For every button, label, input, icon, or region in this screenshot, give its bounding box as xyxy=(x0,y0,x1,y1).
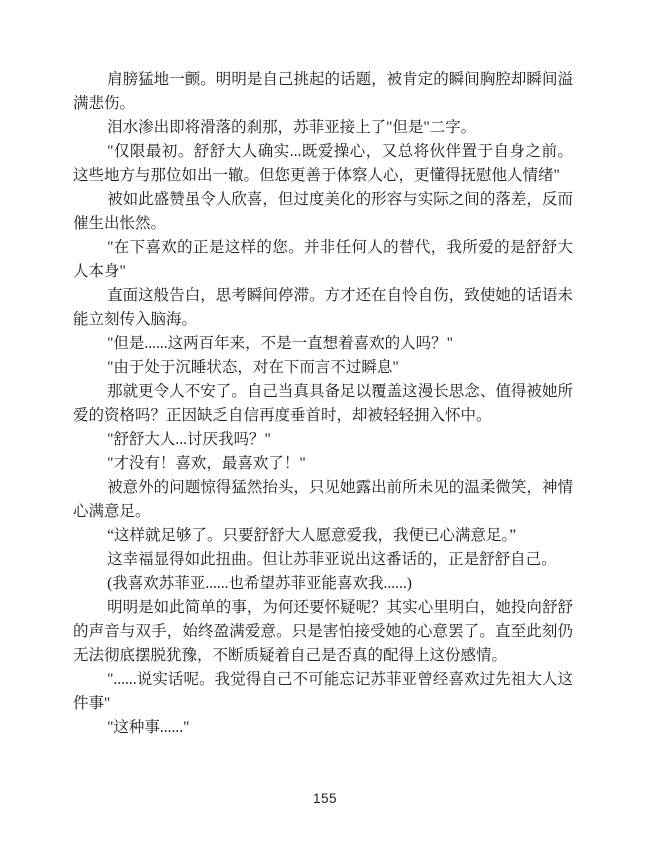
paragraph: "这种事......" xyxy=(73,716,573,740)
paragraph: 泪水渗出即将滑落的刹那，苏菲亚接上了"但是"二字。 xyxy=(73,116,573,140)
paragraph: "舒舒大人...讨厌我吗？" xyxy=(73,428,573,452)
paragraph: "......说实话呢。我觉得自己不可能忘记苏菲亚曾经喜欢过先祖大人这件事" xyxy=(73,668,573,716)
paragraph: 被如此盛赞虽令人欣喜，但过度美化的形容与实际之间的落差，反而催生出怅然。 xyxy=(73,188,573,236)
paragraph: "仅限最初。舒舒大人确实...既爱操心，又总将伙伴置于自身之前。这些地方与那位如… xyxy=(73,140,573,188)
paragraph: 那就更令人不安了。自己当真具备足以覆盖这漫长思念、值得被她所爱的资格吗？正因缺乏… xyxy=(73,380,573,428)
paragraph: "才没有！喜欢，最喜欢了！" xyxy=(73,452,573,476)
document-page: 肩膀猛地一颤。明明是自己挑起的话题，被肯定的瞬间胸腔却瞬间溢满悲伤。泪水渗出即将… xyxy=(0,0,650,850)
paragraph: 肩膀猛地一颤。明明是自己挑起的话题，被肯定的瞬间胸腔却瞬间溢满悲伤。 xyxy=(73,68,573,116)
paragraph: 这幸福显得如此扭曲。但让苏菲亚说出这番话的，正是舒舒自己。 xyxy=(73,548,573,572)
paragraph: 直面这般告白，思考瞬间停滞。方才还在自怜自伤，致使她的话语未能立刻传入脑海。 xyxy=(73,284,573,332)
paragraph: "在下喜欢的正是这样的您。并非任何人的替代，我所爱的是舒舒大人本身" xyxy=(73,236,573,284)
paragraph: "但是......这两百年来，不是一直想着喜欢的人吗？" xyxy=(73,332,573,356)
text-content: 肩膀猛地一颤。明明是自己挑起的话题，被肯定的瞬间胸腔却瞬间溢满悲伤。泪水渗出即将… xyxy=(73,68,573,740)
paragraph: (我喜欢苏菲亚......也希望苏菲亚能喜欢我......) xyxy=(73,572,573,596)
paragraph: “这样就足够了。只要舒舒大人愿意爱我，我便已心满意足。” xyxy=(73,524,573,548)
paragraph: "由于处于沉睡状态，对在下而言不过瞬息" xyxy=(73,356,573,380)
paragraph: 被意外的问题惊得猛然抬头，只见她露出前所未见的温柔微笑，神情心满意足。 xyxy=(73,476,573,524)
paragraph: 明明是如此简单的事，为何还要怀疑呢？其实心里明白，她投向舒舒的声音与双手，始终盈… xyxy=(73,596,573,668)
page-number: 155 xyxy=(0,791,650,806)
